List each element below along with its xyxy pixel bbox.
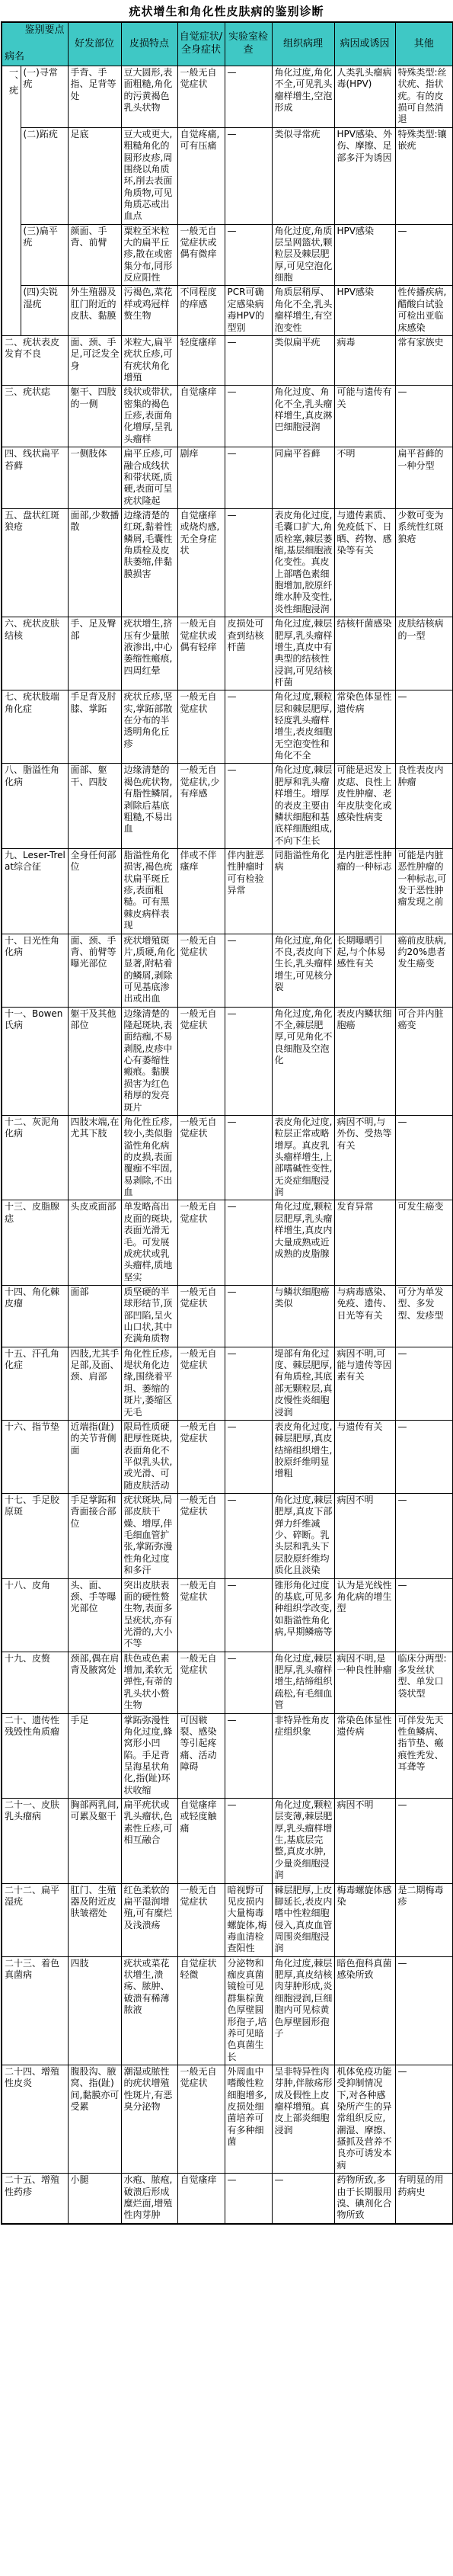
cell-cause: 认为是光线性角化病的增生型 <box>334 1578 395 1652</box>
cell-pathology: 表皮角化过度,棘层肥厚,真皮结缔组织增生,胶原纤维明显增粗 <box>272 1420 334 1493</box>
cell-site: 颜面、手背、前臂 <box>68 224 121 286</box>
cell-lesion: 角化性丘疹,较小,类似脂溢性角化病的皮损,表面覆痂不牢固,易剥除,不出血 <box>121 1115 177 1200</box>
cell-lesion: 扁平疣状或乳头瘤状,色素性丘疹,可相互融合 <box>121 1799 177 1884</box>
table-row: 十四、角化棘皮瘤面部质坚硬的半球形结节,顶部凹陷,呈火山口状,其中充满角质物一般… <box>2 1285 453 1347</box>
cell-pathology: 角化过度,棘层肥厚,乳头瘤样增生,结缔组织疏松,有毛细血管 <box>272 1652 334 1713</box>
table-row: (三)扁平疣颜面、手背、前臂粟粒至米粒大的扁平丘疹,散在或密集分布,同形反应阳性… <box>2 224 453 286</box>
cell-symptom: 一般无自觉症状或偶有微痒 <box>177 224 225 286</box>
table-row: 九、Leser-Trelat综合征全身任何部位脂溢性角化损害,褐色疣状扁平斑丘疹… <box>2 849 453 934</box>
cell-other: 癌前皮肤病,约20%患者发生癌变 <box>395 934 453 1007</box>
table-body: 一、疣(一)寻常疣手背、手指、足背等处豆大圆形,表面粗糙,角化的污黄褐色乳头状物… <box>2 66 453 2224</box>
disease-name-cell: 十五、汗孔角化症 <box>2 1347 68 1420</box>
table-row: 五、盘状红斑狼疮面部,少数播散边缘清楚的红斑,黏着性鳞屑,毛囊性角质栓及皮肤萎缩… <box>2 508 453 617</box>
cell-lesion: 疣状或菜花状增生,溃疡、脓肿、破溃有稀薄脓液 <box>121 1956 177 2065</box>
column-header-lab: 实验室检查 <box>225 22 272 66</box>
cell-symptom: 一般无自觉症状 <box>177 1347 225 1420</box>
cell-other: 常有家族史 <box>395 335 453 385</box>
cell-lesion: 粟粒至米粒大的扁平丘疹,散在或密集分布,同形反应阳性 <box>121 224 177 286</box>
table-row: 十九、皮赘颈部,偶在肩背及腋窝处肤色或色素增加,柔软无弹性,有蒂的乳头状小赘生物… <box>2 1652 453 1713</box>
cell-cause: 病因不明 <box>334 1799 395 1884</box>
cell-symptom: 一般无自觉症状 <box>177 1883 225 1956</box>
disease-name-cell: 六、疣状皮肤结核 <box>2 617 68 690</box>
cell-pathology: 表皮角化过度,毛囊口扩大,角质栓塞,棘层萎缩,基层细胞液化变性。真皮上部嗜色素细… <box>272 508 334 617</box>
cell-cause: HPV感染 <box>334 224 395 286</box>
cell-site: 面部、躯干、四肢 <box>68 764 121 849</box>
cell-pathology: 同脂溢性角化病 <box>272 849 334 934</box>
disease-name-cell: 二、疣状表皮发育不良 <box>2 335 68 385</box>
cell-lab: — <box>225 1420 272 1493</box>
cell-site: 手背、手指、足背等处 <box>68 66 121 128</box>
cell-other: 扁平苔藓的一种分型 <box>395 447 453 509</box>
cell-lesion: 豆大或更大,粗糙角化的圆形皮疹,周围绕以角质环,削去表面角质物,可见角质芯或出血… <box>121 127 177 224</box>
cell-site: 面部,少数播散 <box>68 508 121 617</box>
cell-cause: 结核杆菌感染 <box>334 617 395 690</box>
cell-symptom: 一般无自觉症状 <box>177 934 225 1007</box>
cell-cause: HPV感染、外伤、摩擦、足部多汗为诱因 <box>334 127 395 224</box>
cell-pathology: 角化过度,棘层肥厚,乳头瘤样增生,真皮中有典型的结核性浸润,可见结核杆菌 <box>272 617 334 690</box>
cell-other: — <box>395 224 453 286</box>
cell-cause: 是内脏恶性肿瘤的一种标志 <box>334 849 395 934</box>
cell-lesion: 质坚硬的半球形结节,顶部凹陷,呈火山口状,其中充满角质物 <box>121 1285 177 1347</box>
cell-symptom: 一般无自觉症状 <box>177 1007 225 1115</box>
cell-cause: 发育异常 <box>334 1200 395 1286</box>
cell-lesion: 肤色或色素增加,柔软无弹性,有蒂的乳头状小赘生物 <box>121 1652 177 1713</box>
cell-lab: — <box>225 764 272 849</box>
cell-lesion: 掌跖弥漫性角化过度,蜂窝形小凹陷。手足背呈海星状角化,指(趾)环状收缩 <box>121 1713 177 1799</box>
cell-lesion: 边缘清楚的褐色疣状物,有脂性鳞屑,剥除后基底粗糙,不易出血 <box>121 764 177 849</box>
cell-lesion: 疣状丘疹,坚实,掌跖部散在分布的半透明角化丘疹 <box>121 690 177 764</box>
cell-lab: — <box>225 224 272 286</box>
cell-other: 有明显的用药病史 <box>395 2174 453 2224</box>
cell-site: 全身任何部位 <box>68 849 121 934</box>
cell-lab: — <box>225 1347 272 1420</box>
cell-other: — <box>395 690 453 764</box>
disease-name-cell: (四)尖锐湿疣 <box>21 286 68 335</box>
cell-other: — <box>395 1347 453 1420</box>
cell-other: — <box>395 2065 453 2173</box>
cell-site: 一侧肢体 <box>68 447 121 509</box>
cell-pathology: 角化过度,角质层呈网篮状,颗粒层及棘层肥厚,可见空泡化细胞 <box>272 224 334 286</box>
cell-lesion: 脂溢性角化损害,褐色疣状扁平斑丘疹,表面粗糙。可有黑棘皮病样表现 <box>121 849 177 934</box>
cell-cause: 药物所致,多由于长期服用溴、碘剂化合物所致 <box>334 2174 395 2224</box>
cell-cause: HPV感染 <box>334 286 395 335</box>
table-row: 十二、灰泥角化病四肢末端,在尤其下肢角化性丘疹,较小,类似脂溢性角化病的皮损,表… <box>2 1115 453 1200</box>
cell-lesion: 突出皮肤表面的硬性赘生物,表面多呈疣状,亦有光滑的,大小不等 <box>121 1578 177 1652</box>
cell-lesion: 水疱、脓疱,破溃后形成糜烂面,增殖性肉芽肿 <box>121 2174 177 2224</box>
cell-lab: — <box>225 1713 272 1799</box>
cell-pathology: 与鳞状细胞癌类似 <box>272 1285 334 1347</box>
disease-name-cell: (二)跖疣 <box>21 127 68 224</box>
cell-other: 可发生癌变 <box>395 1200 453 1286</box>
disease-name-cell: 十、日光性角化病 <box>2 934 68 1007</box>
cell-other: 可分为单发型、多发型、发疹型 <box>395 1285 453 1347</box>
cell-pathology: 呈非特异性肉芽肿,伴脓疡形成及假性上皮瘤样增殖。真皮上部炎细胞浸润 <box>272 2065 334 2173</box>
column-header-site: 好发部位 <box>68 22 121 66</box>
cell-pathology: 堤部有角化过度、棘层肥厚,有角质栓,其底部无颗粒层,真皮慢性炎细胞浸润 <box>272 1347 334 1420</box>
cell-other: 性传播疾病,醋酸白试验可检出亚临床感染 <box>395 286 453 335</box>
cell-symptom: 自觉症状轻微 <box>177 1956 225 2065</box>
cell-site: 手足背及肘膝、掌跖 <box>68 690 121 764</box>
cell-cause: 病因不明 <box>334 1494 395 1579</box>
column-header-cause: 病因或诱因 <box>334 22 395 66</box>
table-row: 十、日光性角化病面、颈、手背、前臂等曝光部位疣状增殖斑片,质硬,角化显著,附粘着… <box>2 934 453 1007</box>
table-row: 四、线状扁平苔藓一侧肢体扁平丘疹,可融合成线状和带状斑,质硬,表面可呈疣状隆起剧… <box>2 447 453 509</box>
cell-symptom: 一般无自觉症状或偶有轻痒 <box>177 617 225 690</box>
cell-site: 小腿 <box>68 2174 121 2224</box>
disease-name-cell: (一)寻常疣 <box>21 66 68 128</box>
cell-other: 可伴发先天性鱼鳞病、指节垫、瘢痕性秃发、耳聋等 <box>395 1713 453 1799</box>
cell-site: 四肢,尤其手足部,及面、颈、肩部 <box>68 1347 121 1420</box>
cell-cause: 与病毒感染、免疫、遗传、日光等有关 <box>334 1285 395 1347</box>
cell-lab: — <box>225 1200 272 1286</box>
cell-lab: PCR可确定感染病毒HPV的型别 <box>225 286 272 335</box>
cell-cause: 人类乳头瘤病毒(HPV) <box>334 66 395 128</box>
cell-lab: — <box>225 1115 272 1200</box>
table-row: 七、疣状肢端角化症手足背及肘膝、掌跖疣状丘疹,坚实,掌跖部散在分布的半透明角化丘… <box>2 690 453 764</box>
cell-other: 皮肤结核病的一型 <box>395 617 453 690</box>
column-header-other: 其他 <box>395 22 453 66</box>
cell-site: 四肢 <box>68 1956 121 2065</box>
column-header-symptom: 自觉症状/全身症状 <box>177 22 225 66</box>
cell-other: 特殊类型:镶嵌疣 <box>395 127 453 224</box>
table-row: 一、疣(一)寻常疣手背、手指、足背等处豆大圆形,表面粗糙,角化的污黄褐色乳头状物… <box>2 66 453 128</box>
cell-lab: 皮损处可查到结核杆菌 <box>225 617 272 690</box>
table-row: 二十二、扁平湿疣肛门、生殖器及附近皮肤皱褶处红色柔软的扁平湿润增殖,可有糜烂及浅… <box>2 1883 453 1956</box>
cell-symptom: 一般无自觉症状 <box>177 1200 225 1286</box>
cell-lab: — <box>225 934 272 1007</box>
cell-other: 良性表皮内肿瘤 <box>395 764 453 849</box>
disease-group-cell: 一、疣 <box>2 66 21 336</box>
column-header-pathology: 组织病理 <box>272 22 334 66</box>
cell-lesion: 边缘清楚的红斑,黏着性鳞屑,毛囊性角质栓及皮肤萎缩,伴黏膜损害 <box>121 508 177 617</box>
cell-cause: 病因不明,与外伤、受热等有关 <box>334 1115 395 1200</box>
corner-label-bottom: 病名 <box>5 51 24 64</box>
cell-site: 外生殖器及肛门附近的皮肤、黏膜 <box>68 286 121 335</box>
disease-name-cell: 二十一、皮肤乳头瘤病 <box>2 1799 68 1884</box>
table-row: 三、疣状痣躯干、四肢的一侧线状或带状,密集的褐色丘疹,表面角化增厚,呈乳头瘤样自… <box>2 386 453 447</box>
cell-pathology: 类似寻常疣 <box>272 127 334 224</box>
cell-site: 颈部,偶在肩背及腋窝处 <box>68 1652 121 1713</box>
cell-symptom: 自觉瘙痒 <box>177 2174 225 2224</box>
cell-lab: — <box>225 2174 272 2224</box>
cell-symptom: 自觉疼痛,可有压痛 <box>177 127 225 224</box>
cell-pathology: 同扁平苔藓 <box>272 447 334 509</box>
cell-site: 躯干、四肢的一侧 <box>68 386 121 447</box>
cell-site: 肛门、生殖器及附近皮肤皱褶处 <box>68 1883 121 1956</box>
cell-cause: 表皮内鳞状细胞癌 <box>334 1007 395 1115</box>
table-row: (二)跖疣足底豆大或更大,粗糙角化的圆形皮疹,周围绕以角质环,削去表面角质物,可… <box>2 127 453 224</box>
table-row: 二十、遗传性残毁性角质瘤手足掌跖弥漫性角化过度,蜂窝形小凹陷。手足背呈海星状角化… <box>2 1713 453 1799</box>
cell-lesion: 角化性丘疹,堤状角化边缘,围绕着平坦、萎缩的斑片,萎缩区无毛 <box>121 1347 177 1420</box>
disease-name-cell: 十六、指节垫 <box>2 1420 68 1493</box>
cell-symptom: 不同程度的痒感 <box>177 286 225 335</box>
cell-site: 面、颈、手背、前臂等曝光部位 <box>68 934 121 1007</box>
cell-lesion: 边缘清楚的隆起斑块,表面结痂,不易剥脱,皮疹中心有萎缩性瘢痕。黏膜损害为红色稍厚… <box>121 1007 177 1115</box>
disease-name-cell: 十一、Bowen氏病 <box>2 1007 68 1115</box>
cell-lab: — <box>225 1578 272 1652</box>
page-title: 疣状增生和角化性皮肤病的鉴别诊断 <box>0 0 453 21</box>
cell-site: 手足掌跖和背面接合部位 <box>68 1494 121 1579</box>
disease-name-cell: 十三、皮脂腺痣 <box>2 1200 68 1286</box>
cell-lesion: 扁平丘疹,可融合成线状和带状斑,质硬,表面可呈疣状隆起 <box>121 447 177 509</box>
cell-cause: 病毒 <box>334 335 395 385</box>
cell-lesion: 疣状增殖斑片,质硬,角化显著,附粘着的鳞屑,剥除可见基底渗出或出血 <box>121 934 177 1007</box>
cell-cause: 病因不明,是一种良性肿瘤 <box>334 1652 395 1713</box>
cell-symptom: 一般无自觉症状 <box>177 2065 225 2173</box>
cell-pathology: 表皮角化过度,粒层正常或略增厚。真皮乳头瘤样增生,上部嗜碱性变性,无炎症细胞浸润 <box>272 1115 334 1200</box>
cell-symptom: 剧痒 <box>177 447 225 509</box>
cell-symptom: 一般无自觉症状 <box>177 1652 225 1713</box>
cell-site: 胸部两乳间,可累及躯干 <box>68 1799 121 1884</box>
cell-symptom: 一般无自觉症状 <box>177 1115 225 1200</box>
cell-cause: 长期曝晒引起,与个体易感性有关 <box>334 934 395 1007</box>
cell-cause: 与遗传有关 <box>334 1420 395 1493</box>
cell-lesion: 线状或带状,密集的褐色丘疹,表面角化增厚,呈乳头瘤样 <box>121 386 177 447</box>
cell-lesion: 污褐色,菜花样或鸡冠样赘生物 <box>121 286 177 335</box>
cell-pathology: 角化过度,颗粒层肥厚,乳头瘤样增生,真皮内大量成熟或近成熟的皮脂腺 <box>272 1200 334 1286</box>
cell-site: 躯干及其他部位 <box>68 1007 121 1115</box>
cell-lab: — <box>225 690 272 764</box>
corner-label-top: 鉴别要点 <box>24 24 64 37</box>
disease-name-cell: 二十五、增殖性药疹 <box>2 2174 68 2224</box>
cell-lab: — <box>225 386 272 447</box>
cell-cause: 暗色孢科真菌感染所致 <box>334 1956 395 2065</box>
cell-symptom: 轻度瘙痒 <box>177 335 225 385</box>
cell-cause: 不明 <box>334 447 395 509</box>
table-row: 十五、汗孔角化症四肢,尤其手足部,及面、颈、肩部角化性丘疹,堤状角化边缘,围绕着… <box>2 1347 453 1420</box>
disease-name-cell: 二十四、增殖性皮炎 <box>2 2065 68 2173</box>
cell-lesion: 豆大圆形,表面粗糙,角化的污黄褐色乳头状物 <box>121 66 177 128</box>
disease-name-cell: 四、线状扁平苔藓 <box>2 447 68 509</box>
cell-symptom: 可因皲裂、感染等引起疼痛、活动障碍 <box>177 1713 225 1799</box>
cell-pathology: 角化过度、角化不全,乳头瘤样增生,真皮淋巴细胞浸润 <box>272 386 334 447</box>
cell-pathology: 角化过度,角化不全,可见乳头瘤样增生,空泡形成 <box>272 66 334 128</box>
table-row: 二十三、着色真菌病四肢疣状或菜花状增生,溃疡、脓肿、破溃有稀薄脓液自觉症状轻微分… <box>2 1956 453 2065</box>
cell-cause: 机体免疫功能受抑制情况下,对各种感染所产生的异常组织反应,潮湿、摩擦、搔抓及营养… <box>334 2065 395 2173</box>
disease-name-cell: 八、脂溢性角化病 <box>2 764 68 849</box>
cell-other: — <box>395 1494 453 1579</box>
cell-other: — <box>395 1578 453 1652</box>
disease-name-cell: 十四、角化棘皮瘤 <box>2 1285 68 1347</box>
cell-other: — <box>395 1799 453 1884</box>
diagnosis-table: 鉴别要点 病名 好发部位 皮损特点 自觉症状/全身症状 实验室检查 组织病理 病… <box>1 21 453 2225</box>
disease-name-cell: 九、Leser-Trelat综合征 <box>2 849 68 934</box>
cell-pathology: — <box>272 2174 334 2224</box>
cell-cause: 病因不明,可能与遗传等因素有关 <box>334 1347 395 1420</box>
table-row: 十一、Bowen氏病躯干及其他部位边缘清楚的隆起斑块,表面结痂,不易剥脱,皮疹中… <box>2 1007 453 1115</box>
cell-other: 可能是内脏恶性肿瘤的一种标志,可发于恶性肿瘤发现之前 <box>395 849 453 934</box>
cell-pathology: 角化过度,角化不良,表皮向下生长,乳头瘤样增生,可见核分裂 <box>272 934 334 1007</box>
corner-header-cell: 鉴别要点 病名 <box>2 22 68 66</box>
cell-lab: — <box>225 1285 272 1347</box>
cell-pathology: 角化过度,角化不全,棘层肥厚,可见角化不良细胞及空泡化 <box>272 1007 334 1115</box>
cell-pathology: 棘层肥厚,上皮脚延长,表皮内嗜中性粒细胞侵入,真皮血管周围炎细胞浸润 <box>272 1883 334 1956</box>
cell-site: 头、面、颈、手等曝光部位 <box>68 1578 121 1652</box>
disease-name-cell: 二十三、着色真菌病 <box>2 1956 68 2065</box>
cell-other: 是二期梅毒疹 <box>395 1883 453 1956</box>
cell-lab: 分泌物和痂皮真菌镜检可见群集棕黄色厚壁圆形孢子,培养可见暗色真菌生长 <box>225 1956 272 2065</box>
disease-name-cell: (三)扁平疣 <box>21 224 68 286</box>
cell-cause: 与遗传素质、免疫低下、日晒、药物、感染等有关 <box>334 508 395 617</box>
cell-pathology: 角化过度,棘层肥厚,真皮结核肉芽肿形成,炎细胞浸润,巨细胞内可见棕黄色厚壁圆形孢… <box>272 1956 334 2065</box>
cell-cause: 可能是迟发上皮痣、良性上皮性肿瘤、老年皮肤变化或感染性病变 <box>334 764 395 849</box>
table-row: 二十四、增殖性皮炎腹股沟、腋窝、指(趾)间,黏膜亦可受累潮湿或脓性的疣状增殖性斑… <box>2 2065 453 2173</box>
cell-pathology: 角质层稍厚、角化不全,乳头瘤样增生,有空泡变性 <box>272 286 334 335</box>
cell-cause: 常染色体显性遗传病 <box>334 690 395 764</box>
cell-lab: — <box>225 1007 272 1115</box>
cell-site: 足底 <box>68 127 121 224</box>
cell-pathology: 非特异性角皮症组织象 <box>272 1713 334 1799</box>
cell-lab: 外周血中嗜酸性粒细胞增多,皮损处细菌培养可有多种细菌 <box>225 2065 272 2173</box>
cell-cause: 梅毒螺旋体感染 <box>334 1883 395 1956</box>
column-header-lesion: 皮损特点 <box>121 22 177 66</box>
cell-symptom: 一般无自觉症状 <box>177 1420 225 1493</box>
table-row: 二十五、增殖性药疹小腿水疱、脓疱,破溃后形成糜烂面,增殖性肉芽肿自觉瘙痒——药物… <box>2 2174 453 2224</box>
cell-symptom: 一般无自觉症状,少有痒感 <box>177 764 225 849</box>
document-page: 疣状增生和角化性皮肤病的鉴别诊断 鉴别要点 病名 好发部位 皮损特点 自觉症状/… <box>0 0 453 2225</box>
cell-site: 四肢末端,在尤其下肢 <box>68 1115 121 1200</box>
disease-name-cell: 三、疣状痣 <box>2 386 68 447</box>
table-row: 十七、手足胶原斑手足掌跖和背面接合部位疣状斑块,局部皮肤干燥、增厚,伴毛细血管扩… <box>2 1494 453 1579</box>
disease-name-cell: 十八、皮角 <box>2 1578 68 1652</box>
disease-name-cell: 二十二、扁平湿疣 <box>2 1883 68 1956</box>
cell-lab: — <box>225 447 272 509</box>
disease-name-cell: 五、盘状红斑狼疮 <box>2 508 68 617</box>
cell-site: 面部 <box>68 1285 121 1347</box>
cell-lab: 暗视野可见皮损内大量梅毒螺旋体,梅毒血清检查阳性 <box>225 1883 272 1956</box>
cell-lesion: 米粒大,扁平疣状丘疹,可有疣状角化增殖 <box>121 335 177 385</box>
cell-lab: — <box>225 1652 272 1713</box>
table-row: 二十一、皮肤乳头瘤病胸部两乳间,可累及躯干扁平疣状或乳头瘤状,色素性丘疹,可相互… <box>2 1799 453 1884</box>
cell-symptom: 一般无自觉症状 <box>177 690 225 764</box>
cell-lab: 伴内脏恶性肿瘤时可有检验异常 <box>225 849 272 934</box>
cell-symptom: 自觉瘙痒或烧灼感,无全身症状 <box>177 508 225 617</box>
cell-lab: — <box>225 335 272 385</box>
table-row: 十六、指节垫近端指(趾)的关节背侧面限局性质硬肥厚性斑块,表面角化不平似乳头状,… <box>2 1420 453 1493</box>
table-row: (四)尖锐湿疣外生殖器及肛门附近的皮肤、黏膜污褐色,菜花样或鸡冠样赘生物不同程度… <box>2 286 453 335</box>
cell-other: 临床分两型:多发丝状型、单发口袋状型 <box>395 1652 453 1713</box>
cell-lab: — <box>225 1494 272 1579</box>
cell-pathology: 角化过度,棘层肥厚,真皮下部弹力纤维减少、碎断。乳头层和乳头下层胶原纤维均质化且… <box>272 1494 334 1579</box>
table-row: 二、疣状表皮发育不良面、颈、手足,可泛发全身米粒大,扁平疣状丘疹,可有疣状角化增… <box>2 335 453 385</box>
cell-lesion: 单发略高出皮面的斑块,表面光滑无毛。可发展成疣状或乳头瘤样,质地坚实 <box>121 1200 177 1286</box>
cell-symptom: 自觉瘙痒 <box>177 386 225 447</box>
disease-name-cell: 二十、遗传性残毁性角质瘤 <box>2 1713 68 1799</box>
disease-name-cell: 十七、手足胶原斑 <box>2 1494 68 1579</box>
cell-other: 可合并内脏癌变 <box>395 1007 453 1115</box>
cell-pathology: 类似扁平疣 <box>272 335 334 385</box>
cell-site: 面、颈、手足,可泛发全身 <box>68 335 121 385</box>
cell-symptom: 自觉瘙痒或轻度触痛 <box>177 1799 225 1884</box>
cell-site: 手足 <box>68 1713 121 1799</box>
cell-cause: 常染色体显性遗传病 <box>334 1713 395 1799</box>
cell-lab: — <box>225 66 272 128</box>
cell-lab: — <box>225 127 272 224</box>
cell-symptom: 一般无自觉症状 <box>177 66 225 128</box>
cell-site: 近端指(趾)的关节背侧面 <box>68 1420 121 1493</box>
cell-symptom: 一般无自觉症状 <box>177 1578 225 1652</box>
cell-cause: 可能与遗传有关 <box>334 386 395 447</box>
cell-pathology: 角化过度,棘层肥厚和乳头瘤样增生。增厚的表皮主要由鳞状细胞和基底样细胞组成,不向… <box>272 764 334 849</box>
cell-symptom: 伴或不伴瘙痒 <box>177 849 225 934</box>
cell-lab: — <box>225 508 272 617</box>
cell-pathology: 锥形角化过度的基底,可见多种组织学改变,如脂溢性角化病,早期鳞癌等 <box>272 1578 334 1652</box>
table-row: 十三、皮脂腺痣头皮或面部单发略高出皮面的斑块,表面光滑无毛。可发展成疣状或乳头瘤… <box>2 1200 453 1286</box>
cell-lesion: 红色柔软的扁平湿润增殖,可有糜烂及浅溃疡 <box>121 1883 177 1956</box>
cell-symptom: 一般无自觉症状 <box>177 1285 225 1347</box>
cell-other: 特殊类型:丝状疣、指状疣。有的皮损可自然消退 <box>395 66 453 128</box>
cell-other: 少数可变为系统性红斑狼疮 <box>395 508 453 617</box>
cell-lab: — <box>225 1799 272 1884</box>
cell-other: — <box>395 386 453 447</box>
cell-symptom: 一般无自觉症状 <box>177 1494 225 1579</box>
cell-site: 头皮或面部 <box>68 1200 121 1286</box>
cell-pathology: 角化过度,颗粒层变薄,棘层肥厚,乳头瘤样增生,基底层完整,真皮水肿,少量炎细胞浸… <box>272 1799 334 1884</box>
cell-lesion: 限局性质硬肥厚性斑块,表面角化不平似乳头状,或光滑、可随皮肤活动 <box>121 1420 177 1493</box>
table-row: 八、脂溢性角化病面部、躯干、四肢边缘清楚的褐色疣状物,有脂性鳞屑,剥除后基底粗糙… <box>2 764 453 849</box>
table-row: 十八、皮角头、面、颈、手等曝光部位突出皮肤表面的硬性赘生物,表面多呈疣状,亦有光… <box>2 1578 453 1652</box>
cell-site: 手、足及臀部 <box>68 617 121 690</box>
disease-name-cell: 十二、灰泥角化病 <box>2 1115 68 1200</box>
cell-other: — <box>395 1420 453 1493</box>
cell-lesion: 疣状增生,挤压有少量脓液渗出,中心萎缩性瘢痕,四周红晕 <box>121 617 177 690</box>
disease-name-cell: 十九、皮赘 <box>2 1652 68 1713</box>
cell-lesion: 潮湿或脓性的疣状增殖性斑片,有恶臭分泌物 <box>121 2065 177 2173</box>
cell-pathology: 角化过度,颗粒层和棘层肥厚,轻度乳头瘤样增生,表皮细胞无空泡变性和角化不全 <box>272 690 334 764</box>
table-row: 六、疣状皮肤结核手、足及臀部疣状增生,挤压有少量脓液渗出,中心萎缩性瘢痕,四周红… <box>2 617 453 690</box>
table-header-row: 鉴别要点 病名 好发部位 皮损特点 自觉症状/全身症状 实验室检查 组织病理 病… <box>2 22 453 66</box>
cell-other: — <box>395 1956 453 2065</box>
cell-lesion: 疣状斑块,局部皮肤干燥、增厚,伴毛细血管扩张,掌跖弥漫性角化过度和多汗 <box>121 1494 177 1579</box>
disease-name-cell: 七、疣状肢端角化症 <box>2 690 68 764</box>
cell-other: — <box>395 1115 453 1200</box>
cell-site: 腹股沟、腋窝、指(趾)间,黏膜亦可受累 <box>68 2065 121 2173</box>
